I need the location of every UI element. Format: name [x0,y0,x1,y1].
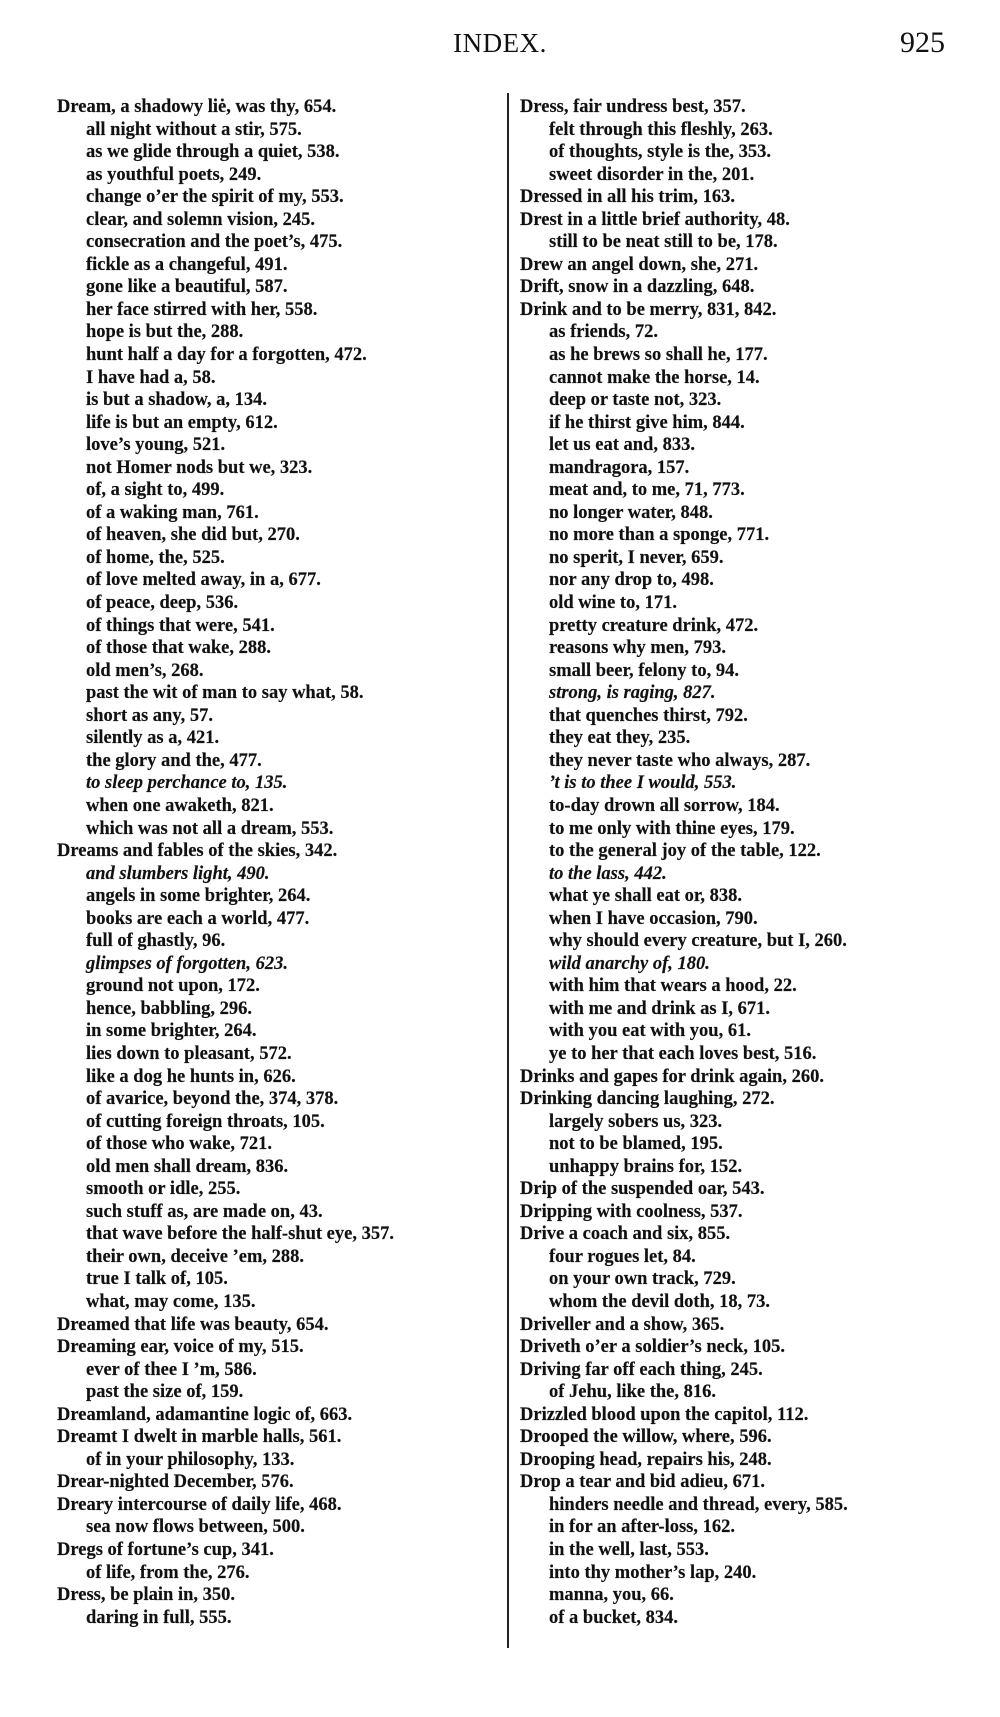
entry-text: of Jehu, like the, 816. [549,1382,716,1402]
entry-text: smooth or idle, 255. [86,1179,240,1199]
index-subentry: glimpses of forgotten, 623. [57,953,497,976]
index-subentry: of life, from the, 276. [57,1562,497,1585]
index-subentry: in the well, last, 553. [520,1539,990,1562]
entry-text: their own, deceive ’em, 288. [86,1247,304,1267]
entry-text: Drift, snow in a dazzling, 648. [520,277,754,297]
index-subentry: of heaven, she did but, 270. [57,524,497,547]
entry-text: as we glide through a quiet, 538. [86,142,340,162]
index-subentry: as friends, 72. [520,321,990,344]
entry-text: and slumbers light, 490. [86,864,270,884]
index-subentry: of a waking man, 761. [57,502,497,525]
index-subentry: of cutting foreign throats, 105. [57,1111,497,1134]
entry-text: strong, is raging, 827. [549,683,716,703]
index-subentry: of home, the, 525. [57,547,497,570]
index-subentry: like a dog he hunts in, 626. [57,1066,497,1089]
entry-text: hope is but the, 288. [86,322,243,342]
entry-text: whom the devil doth, 18, 73. [549,1292,770,1312]
entry-text: if he thirst give him, 844. [549,413,745,433]
entry-text: pretty creature drink, 472. [549,616,758,636]
entry-text: small beer, felony to, 94. [549,661,739,681]
index-subentry: deep or taste not, 323. [520,389,990,412]
index-subentry: felt through this fleshly, 263. [520,119,990,142]
entry-text: Dreamed that life was beauty, 654. [57,1315,328,1335]
index-subentry: all night without a stir, 575. [57,119,497,142]
index-subentry: as he brews so shall he, 177. [520,344,990,367]
entry-text: in the well, last, 553. [549,1540,709,1560]
entry-text: past the wit of man to say what, 58. [86,683,364,703]
index-subentry: that wave before the half-shut eye, 357. [57,1223,497,1246]
index-subentry: in some brighter, 264. [57,1020,497,1043]
index-subentry: small beer, felony to, 94. [520,660,990,683]
index-subentry: sea now flows between, 500. [57,1516,497,1539]
entry-text: they eat they, 235. [549,728,690,748]
entry-text: of life, from the, 276. [86,1563,250,1583]
entry-text: Dripping with coolness, 537. [520,1202,743,1222]
index-subentry: with him that wears a hood, 22. [520,975,990,998]
entry-text: Driving far off each thing, 245. [520,1360,763,1380]
index-subentry: what, may come, 135. [57,1291,497,1314]
entry-text: Drear-nighted December, 576. [57,1472,294,1492]
index-column-left: Dream, a shadowy liė, was thy, 654.all n… [57,96,497,1629]
entry-text: Dregs of fortune’s cup, 341. [57,1540,274,1560]
index-subentry: lies down to pleasant, 572. [57,1043,497,1066]
entry-text: of thoughts, style is the, 353. [549,142,771,162]
entry-text: Drinks and gapes for drink again, 260. [520,1067,824,1087]
entry-text: short as any, 57. [86,706,213,726]
index-entry: Drest in a little brief authority, 48. [520,209,990,232]
entry-text: Dreary intercourse of daily life, 468. [57,1495,341,1515]
index-entry: Dregs of fortune’s cup, 341. [57,1539,497,1562]
index-subentry: of peace, deep, 536. [57,592,497,615]
index-subentry: let us eat and, 833. [520,434,990,457]
index-subentry: I have had a, 58. [57,367,497,390]
entry-text: no more than a sponge, 771. [549,525,769,545]
index-entry: Drooping head, repairs his, 248. [520,1449,990,1472]
index-subentry: of thoughts, style is the, 353. [520,141,990,164]
index-subentry: still to be neat still to be, 178. [520,231,990,254]
index-subentry: hinders needle and thread, every, 585. [520,1494,990,1517]
entry-text: of peace, deep, 536. [86,593,238,613]
index-entry: Drive a coach and six, 855. [520,1223,990,1246]
index-subentry: to the general joy of the table, 122. [520,840,990,863]
entry-text: Drip of the suspended oar, 543. [520,1179,764,1199]
entry-text: life is but an empty, 612. [86,413,278,433]
index-subentry: ’t is to thee I would, 553. [520,772,990,795]
entry-text: Drop a tear and bid adieu, 671. [520,1472,765,1492]
index-subentry: manna, you, 66. [520,1584,990,1607]
entry-text: of love melted away, in a, 677. [86,570,321,590]
index-entry: Drinking dancing laughing, 272. [520,1088,990,1111]
entry-text: full of ghastly, 96. [86,931,225,951]
entry-text: not to be blamed, 195. [549,1134,723,1154]
entry-text: ground not upon, 172. [86,976,260,996]
index-subentry: to sleep perchance to, 135. [57,772,497,795]
entry-text: when I have occasion, 790. [549,909,758,929]
index-subentry: to-day drown all sorrow, 184. [520,795,990,818]
index-subentry: no more than a sponge, 771. [520,524,990,547]
index-entry: Dreamed that life was beauty, 654. [57,1314,497,1337]
entry-text: four rogues let, 84. [549,1247,696,1267]
index-entry: Dressed in all his trim, 163. [520,186,990,209]
index-subentry: not to be blamed, 195. [520,1133,990,1156]
index-entry: Dreaming ear, voice of my, 515. [57,1336,497,1359]
entry-text: when one awaketh, 821. [86,796,274,816]
entry-text: her face stirred with her, 558. [86,300,317,320]
entry-text: consecration and the poet’s, 475. [86,232,342,252]
entry-text: of avarice, beyond the, 374, 378. [86,1089,338,1109]
index-subentry: no sperit, I never, 659. [520,547,990,570]
entry-text: Drest in a little brief authority, 48. [520,210,790,230]
entry-text: in some brighter, 264. [86,1021,256,1041]
index-subentry: of, a sight to, 499. [57,479,497,502]
entry-text: glimpses of forgotten, 623. [86,954,288,974]
entry-text: I have had a, 58. [86,368,216,388]
entry-text: of heaven, she did but, 270. [86,525,300,545]
entry-text: of, a sight to, 499. [86,480,224,500]
index-subentry: old men shall dream, 836. [57,1156,497,1179]
index-entry: Dreamt I dwelt in marble halls, 561. [57,1426,497,1449]
index-subentry: largely sobers us, 323. [520,1111,990,1134]
entry-text: Drinking dancing laughing, 272. [520,1089,774,1109]
entry-text: Dreamt I dwelt in marble halls, 561. [57,1427,341,1447]
entry-text: nor any drop to, 498. [549,570,714,590]
index-subentry: no longer water, 848. [520,502,990,525]
entry-text: reasons why men, 793. [549,638,726,658]
entry-text: still to be neat still to be, 178. [549,232,778,252]
index-subentry: nor any drop to, 498. [520,569,990,592]
index-entry: Dreary intercourse of daily life, 468. [57,1494,497,1517]
index-subentry: with me and drink as I, 671. [520,998,990,1021]
index-subentry: past the size of, 159. [57,1381,497,1404]
entry-text: Dreamland, adamantine logic of, 663. [57,1405,352,1425]
index-subentry: hunt half a day for a forgotten, 472. [57,344,497,367]
entry-text: fickle as a changeful, 491. [86,255,287,275]
index-subentry: full of ghastly, 96. [57,930,497,953]
index-subentry: old men’s, 268. [57,660,497,683]
entry-text: Drink and to be merry, 831, 842. [520,300,776,320]
index-subentry: in for an after-loss, 162. [520,1516,990,1539]
index-subentry: smooth or idle, 255. [57,1178,497,1201]
index-subentry: of Jehu, like the, 816. [520,1381,990,1404]
entry-text: clear, and solemn vision, 245. [86,210,315,230]
index-subentry: consecration and the poet’s, 475. [57,231,497,254]
entry-text: Dressed in all his trim, 163. [520,187,735,207]
index-entry: Drip of the suspended oar, 543. [520,1178,990,1201]
entry-text: what ye shall eat or, 838. [549,886,742,906]
entry-text: ’t is to thee I would, 553. [549,773,736,793]
entry-text: of a waking man, 761. [86,503,259,523]
entry-text: cannot make the horse, 14. [549,368,760,388]
entry-text: old men shall dream, 836. [86,1157,288,1177]
index-subentry: why should every creature, but I, 260. [520,930,990,953]
entry-text: let us eat and, 833. [549,435,695,455]
index-subentry: angels in some brighter, 264. [57,885,497,908]
index-entry: Dreams and fables of the skies, 342. [57,840,497,863]
index-subentry: of love melted away, in a, 677. [57,569,497,592]
index-entry: Driveller and a show, 365. [520,1314,990,1337]
index-entry: Drizzled blood upon the capitol, 112. [520,1404,990,1427]
entry-text: love’s young, 521. [86,435,225,455]
index-subentry: the glory and the, 477. [57,750,497,773]
index-entry: Drew an angel down, she, 271. [520,254,990,277]
index-entry: Drink and to be merry, 831, 842. [520,299,990,322]
index-subentry: on your own track, 729. [520,1268,990,1291]
entry-text: of home, the, 525. [86,548,225,568]
index-subentry: her face stirred with her, 558. [57,299,497,322]
entry-text: ye to her that each loves best, 516. [549,1044,816,1064]
entry-text: the glory and the, 477. [86,751,262,771]
index-subentry: not Homer nods but we, 323. [57,457,497,480]
entry-text: meat and, to me, 71, 773. [549,480,745,500]
entry-text: of cutting foreign throats, 105. [86,1112,325,1132]
index-subentry: when one awaketh, 821. [57,795,497,818]
entry-text: old wine to, 171. [549,593,677,613]
index-entry: Dream, a shadowy liė, was thy, 654. [57,96,497,119]
index-subentry: ye to her that each loves best, 516. [520,1043,990,1066]
index-subentry: of those that wake, 288. [57,637,497,660]
entry-text: sweet disorder in the, 201. [549,165,754,185]
index-subentry: ever of thee I ’m, 586. [57,1359,497,1382]
index-subentry: if he thirst give him, 844. [520,412,990,435]
index-subentry: they never taste who always, 287. [520,750,990,773]
index-subentry: unhappy brains for, 152. [520,1156,990,1179]
entry-text: Dreaming ear, voice of my, 515. [57,1337,304,1357]
entry-text: on your own track, 729. [549,1269,736,1289]
entry-text: of those who wake, 721. [86,1134,272,1154]
index-subentry: they eat they, 235. [520,727,990,750]
entry-text: is but a shadow, a, 134. [86,390,267,410]
index-subentry: which was not all a dream, 553. [57,818,497,841]
index-subentry: life is but an empty, 612. [57,412,497,435]
index-entry: Drop a tear and bid adieu, 671. [520,1471,990,1494]
index-subentry: to me only with thine eyes, 179. [520,818,990,841]
index-subentry: ground not upon, 172. [57,975,497,998]
entry-text: old men’s, 268. [86,661,204,681]
index-subentry: short as any, 57. [57,705,497,728]
index-subentry: with you eat with you, 61. [520,1020,990,1043]
index-entry: Drinks and gapes for drink again, 260. [520,1066,990,1089]
entry-text: of those that wake, 288. [86,638,271,658]
index-subentry: mandragora, 157. [520,457,990,480]
entry-text: of a bucket, 834. [549,1608,678,1628]
entry-text: lies down to pleasant, 572. [86,1044,292,1064]
index-subentry: as we glide through a quiet, 538. [57,141,497,164]
index-entry: Driving far off each thing, 245. [520,1359,990,1382]
entry-text: Dress, be plain in, 350. [57,1585,235,1605]
entry-text: books are each a world, 477. [86,909,309,929]
entry-text: with him that wears a hood, 22. [549,976,797,996]
entry-text: Driveller and a show, 365. [520,1315,724,1335]
entry-text: past the size of, 159. [86,1382,243,1402]
index-subentry: as youthful poets, 249. [57,164,497,187]
entry-text: as he brews so shall he, 177. [549,345,768,365]
entry-text: as youthful poets, 249. [86,165,261,185]
entry-text: hence, babbling, 296. [86,999,252,1019]
entry-text: wild anarchy of, 180. [549,954,710,974]
entry-text: Dream, a shadowy liė, was thy, 654. [57,97,336,117]
entry-text: silently as a, 421. [86,728,219,748]
entry-text: true I talk of, 105. [86,1269,228,1289]
index-subentry: hope is but the, 288. [57,321,497,344]
entry-text: Drizzled blood upon the capitol, 112. [520,1405,808,1425]
entry-text: like a dog he hunts in, 626. [86,1067,296,1087]
entry-text: Drive a coach and six, 855. [520,1224,730,1244]
index-entry: Drooped the willow, where, 596. [520,1426,990,1449]
entry-text: mandragora, 157. [549,458,689,478]
entry-text: that wave before the half-shut eye, 357. [86,1224,394,1244]
entry-text: with you eat with you, 61. [549,1021,751,1041]
entry-text: Dreams and fables of the skies, 342. [57,841,337,861]
entry-text: sea now flows between, 500. [86,1517,305,1537]
entry-text: as friends, 72. [549,322,658,342]
index-subentry: of a bucket, 834. [520,1607,990,1630]
index-subentry: clear, and solemn vision, 245. [57,209,497,232]
index-subentry: is but a shadow, a, 134. [57,389,497,412]
entry-text: what, may come, 135. [86,1292,256,1312]
index-subentry: silently as a, 421. [57,727,497,750]
index-subentry: four rogues let, 84. [520,1246,990,1269]
index-entry: Dress, be plain in, 350. [57,1584,497,1607]
entry-text: why should every creature, but I, 260. [549,931,847,951]
entry-text: gone like a beautiful, 587. [86,277,287,297]
index-subentry: pretty creature drink, 472. [520,615,990,638]
entry-text: Drew an angel down, she, 271. [520,255,758,275]
entry-text: Dress, fair undress best, 357. [520,97,746,117]
index-column-right: Dress, fair undress best, 357.felt throu… [520,96,990,1629]
entry-text: deep or taste not, 323. [549,390,721,410]
entry-text: unhappy brains for, 152. [549,1157,742,1177]
entry-text: not Homer nods but we, 323. [86,458,312,478]
index-entry: Driveth o’er a soldier’s neck, 105. [520,1336,990,1359]
index-subentry: hence, babbling, 296. [57,998,497,1021]
entry-text: to the general joy of the table, 122. [549,841,821,861]
index-subentry: meat and, to me, 71, 773. [520,479,990,502]
index-subentry: old wine to, 171. [520,592,990,615]
index-subentry: reasons why men, 793. [520,637,990,660]
index-subentry: to the lass, 442. [520,863,990,886]
index-subentry: wild anarchy of, 180. [520,953,990,976]
entry-text: in for an after-loss, 162. [549,1517,735,1537]
index-entry: Dripping with coolness, 537. [520,1201,990,1224]
index-entry: Dreamland, adamantine logic of, 663. [57,1404,497,1427]
index-subentry: whom the devil doth, 18, 73. [520,1291,990,1314]
entry-text: largely sobers us, 323. [549,1112,722,1132]
entry-text: Drooped the willow, where, 596. [520,1427,772,1447]
entry-text: hinders needle and thread, every, 585. [549,1495,848,1515]
page-number: 925 [900,26,945,60]
entry-text: of things that were, 541. [86,616,275,636]
index-subentry: into thy mother’s lap, 240. [520,1562,990,1585]
entry-text: to the lass, 442. [549,864,667,884]
entry-text: ever of thee I ’m, 586. [86,1360,257,1380]
running-head-title: INDEX. [0,28,1000,59]
index-subentry: of things that were, 541. [57,615,497,638]
entry-text: change o’er the spirit of my, 553. [86,187,344,207]
entry-text: to me only with thine eyes, 179. [549,819,795,839]
entry-text: that quenches thirst, 792. [549,706,748,726]
entry-text: angels in some brighter, 264. [86,886,310,906]
index-subentry: of avarice, beyond the, 374, 378. [57,1088,497,1111]
entry-text: daring in full, 555. [86,1608,231,1628]
entry-text: all night without a stir, 575. [86,120,302,140]
index-subentry: their own, deceive ’em, 288. [57,1246,497,1269]
entry-text: which was not all a dream, 553. [86,819,333,839]
index-subentry: that quenches thirst, 792. [520,705,990,728]
index-subentry: gone like a beautiful, 587. [57,276,497,299]
index-entry: Dress, fair undress best, 357. [520,96,990,119]
index-subentry: daring in full, 555. [57,1607,497,1630]
index-subentry: change o’er the spirit of my, 553. [57,186,497,209]
index-subentry: what ye shall eat or, 838. [520,885,990,908]
entry-text: such stuff as, are made on, 43. [86,1202,323,1222]
index-entry: Drift, snow in a dazzling, 648. [520,276,990,299]
entry-text: no sperit, I never, 659. [549,548,724,568]
index-subentry: of in your philosophy, 133. [57,1449,497,1472]
index-subentry: true I talk of, 105. [57,1268,497,1291]
entry-text: to sleep perchance to, 135. [86,773,287,793]
index-subentry: sweet disorder in the, 201. [520,164,990,187]
index-subentry: of those who wake, 721. [57,1133,497,1156]
index-subentry: such stuff as, are made on, 43. [57,1201,497,1224]
index-subentry: past the wit of man to say what, 58. [57,682,497,705]
index-subentry: when I have occasion, 790. [520,908,990,931]
entry-text: with me and drink as I, 671. [549,999,770,1019]
column-divider [507,93,509,1648]
entry-text: hunt half a day for a forgotten, 472. [86,345,367,365]
index-subentry: love’s young, 521. [57,434,497,457]
index-subentry: fickle as a changeful, 491. [57,254,497,277]
index-entry: Drear-nighted December, 576. [57,1471,497,1494]
entry-text: Driveth o’er a soldier’s neck, 105. [520,1337,785,1357]
index-subentry: strong, is raging, 827. [520,682,990,705]
entry-text: felt through this fleshly, 263. [549,120,773,140]
entry-text: of in your philosophy, 133. [86,1450,294,1470]
index-subentry: books are each a world, 477. [57,908,497,931]
entry-text: into thy mother’s lap, 240. [549,1563,756,1583]
entry-text: no longer water, 848. [549,503,713,523]
entry-text: to-day drown all sorrow, 184. [549,796,780,816]
index-subentry: cannot make the horse, 14. [520,367,990,390]
entry-text: they never taste who always, 287. [549,751,810,771]
entry-text: Drooping head, repairs his, 248. [520,1450,772,1470]
index-subentry: and slumbers light, 490. [57,863,497,886]
entry-text: manna, you, 66. [549,1585,674,1605]
